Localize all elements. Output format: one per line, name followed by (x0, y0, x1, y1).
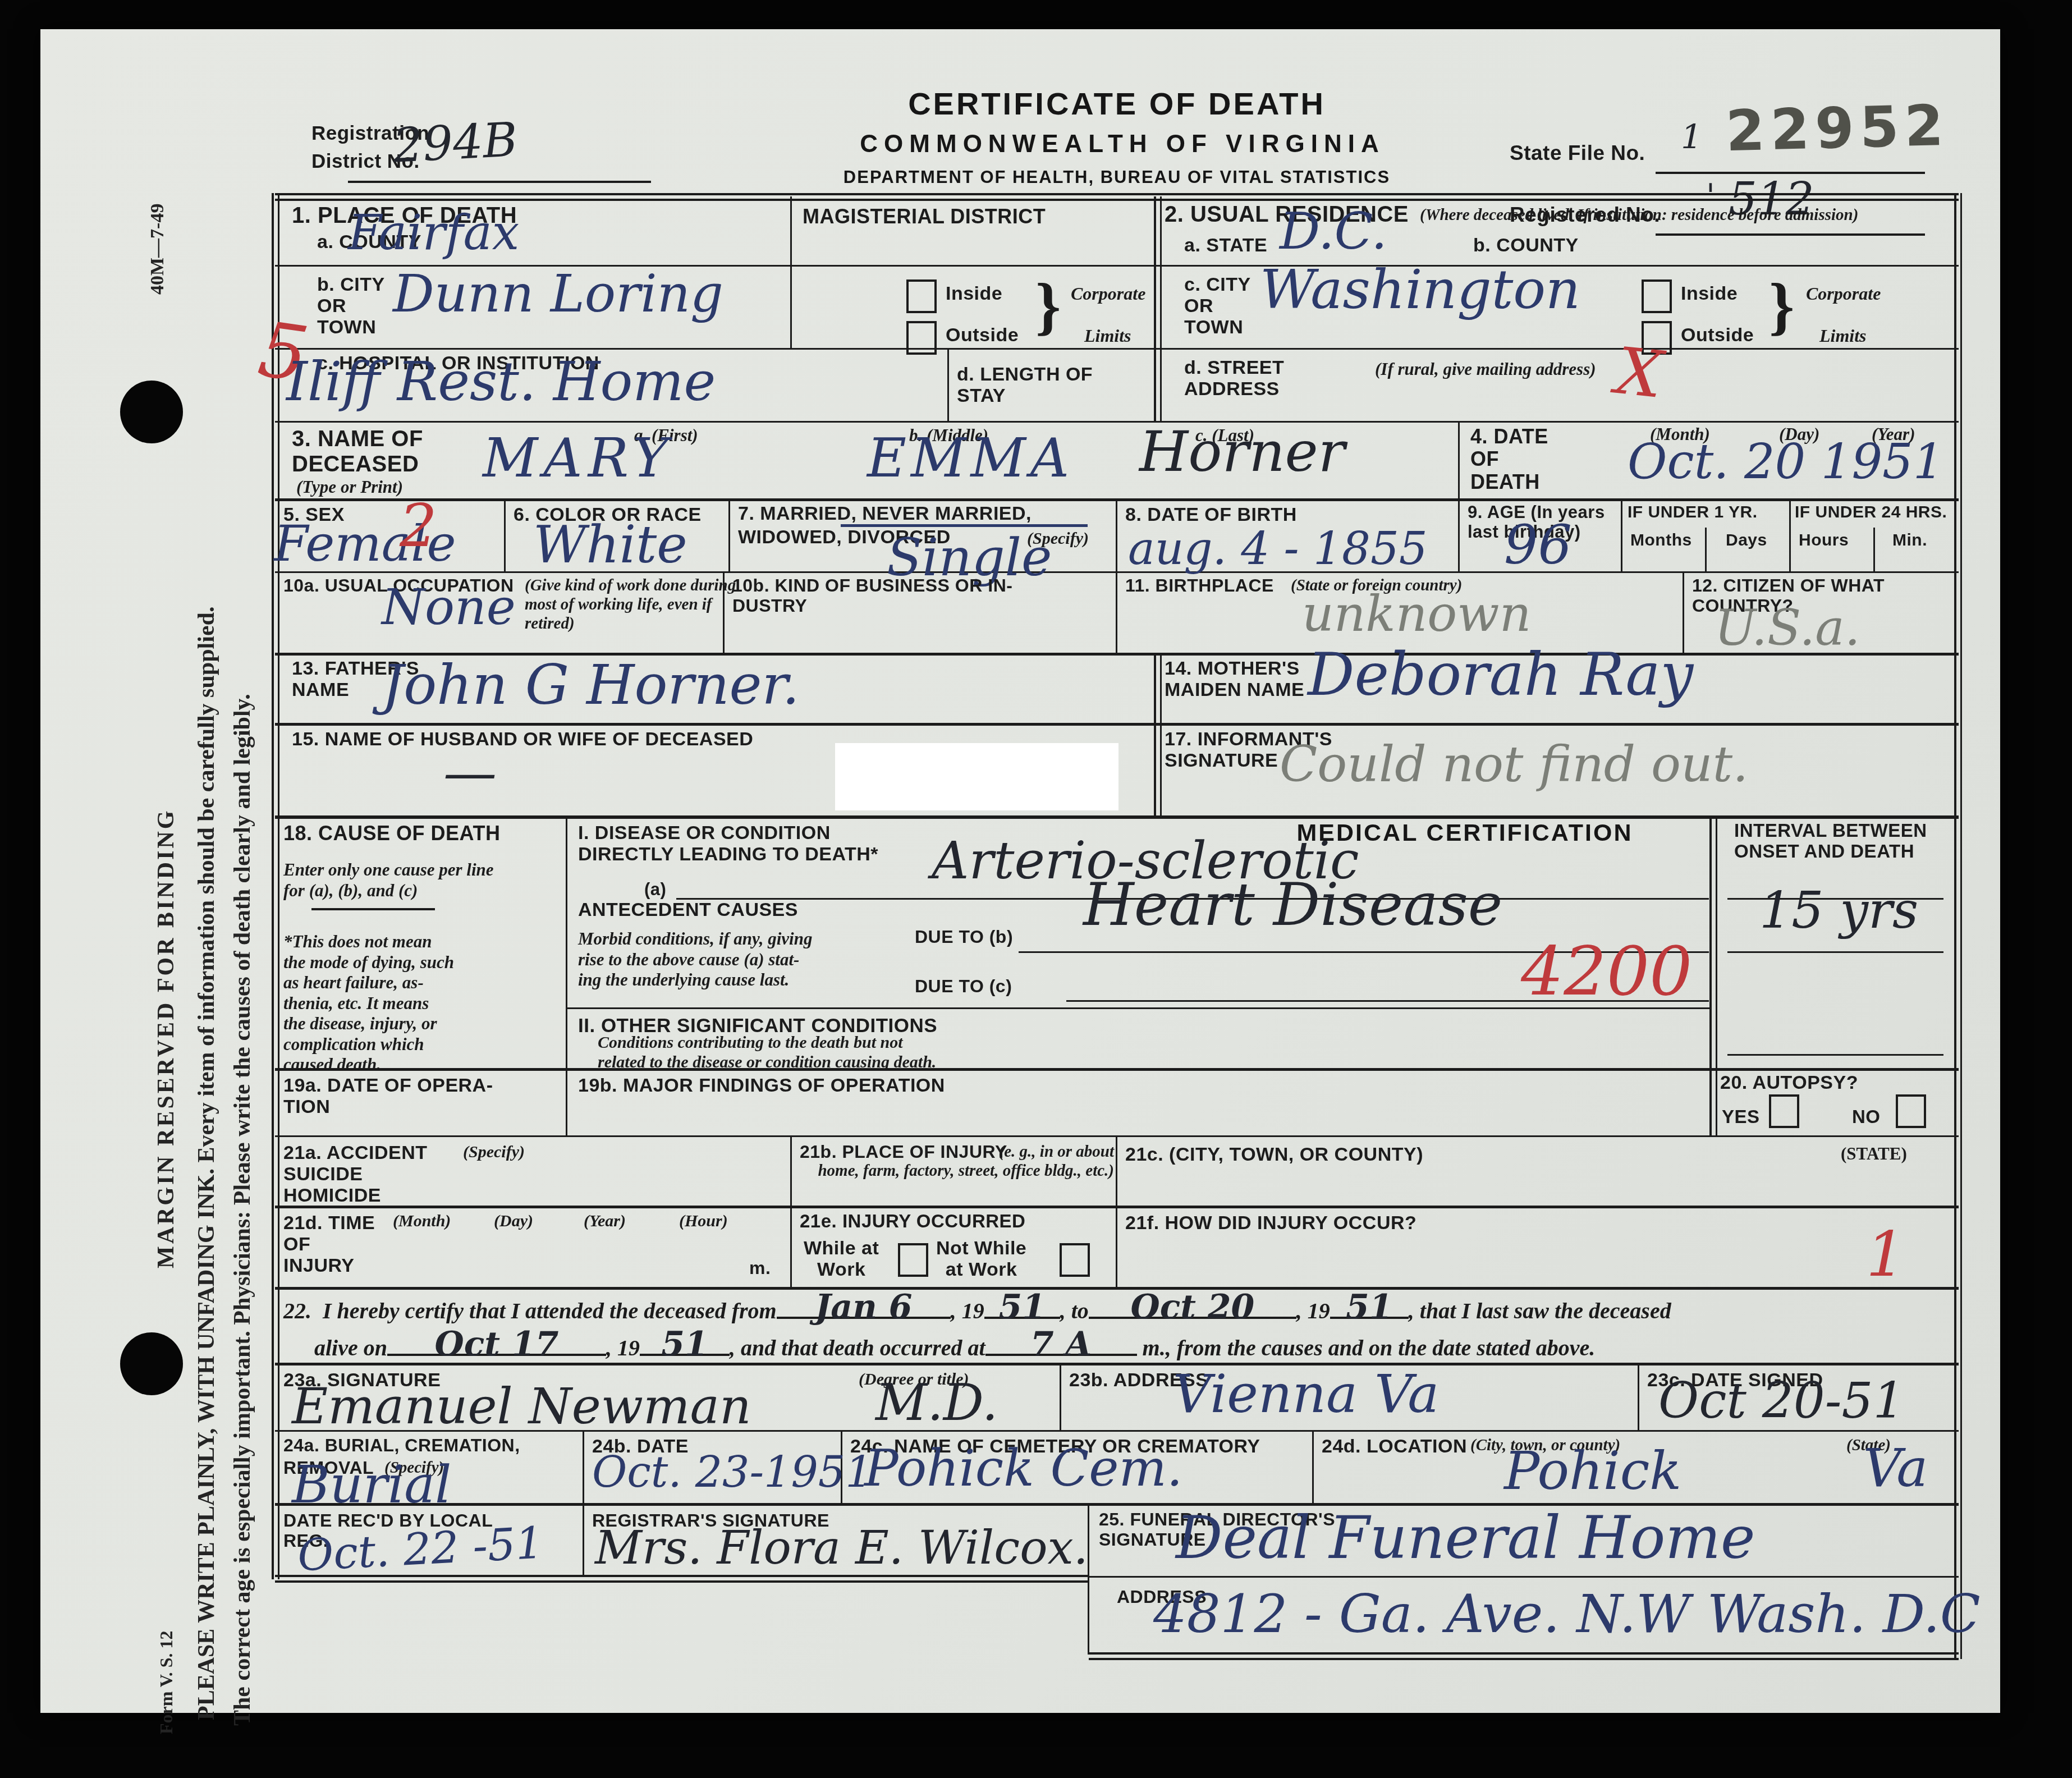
injury-city-label: 21c. (CITY, TOWN, OR COUNTY) (1125, 1144, 1423, 1165)
handwritten-race: White (533, 519, 687, 571)
certify-text-1: I hereby certify that I attended the dec… (311, 1298, 777, 1324)
divider (1709, 815, 1717, 1135)
due-to-c-label: DUE TO (c) (915, 977, 1012, 997)
injury-hour-label: (Hour) (679, 1211, 728, 1231)
form-right-border (1954, 193, 1962, 1659)
how-injury-occurred-label: 21f. HOW DID INJURY OCCUR? (1125, 1212, 1417, 1234)
handwritten-funeral-director: Deal Funeral Home (1176, 1509, 1755, 1567)
days-label: Days (1726, 531, 1767, 550)
divider (275, 723, 1959, 726)
divider (1638, 1363, 1639, 1430)
red-code-1: 1 (1866, 1223, 1905, 1285)
cause-note-rule (311, 908, 435, 910)
residence-county-label: b. COUNTY (1473, 235, 1579, 256)
divider (583, 1430, 584, 1503)
autopsy-label: 20. AUTOPSY? (1720, 1072, 1858, 1093)
handwritten-county: Fairfax (348, 209, 519, 257)
handwritten-year-3: 51 (640, 1335, 730, 1356)
not-while-at-work-label: Not While at Work (936, 1238, 1026, 1280)
street-address-label: d. STREET ADDRESS (1184, 357, 1284, 400)
handwritten-death-hour: 7 A (985, 1335, 1137, 1356)
under-24hrs-label: IF UNDER 24 HRS. (1795, 503, 1947, 522)
handwritten-citizen: U.S.a. (1715, 603, 1860, 653)
handwritten-year-2: 51 (1330, 1298, 1409, 1319)
state-file-label: State File No. (1510, 141, 1645, 164)
location-label: 24d. LOCATION (1322, 1436, 1467, 1457)
redaction-box (835, 743, 1118, 810)
handwritten-funeral-address: 4812 - Ga. Ave. N.W Wash. D.C (1153, 1588, 1981, 1641)
handwritten-age: 96 (1504, 519, 1572, 572)
registered-no-underline (1656, 233, 1925, 236)
divider (790, 196, 792, 348)
burial-label-1: 24a. BURIAL, CREMATION, (283, 1436, 520, 1456)
handwritten-interval: 15 yrs (1759, 886, 1918, 936)
pen-underline (841, 524, 1088, 527)
divider (1312, 1430, 1314, 1503)
divider (275, 421, 1959, 423)
divider (275, 815, 1959, 819)
handwritten-first-name: MARY (483, 431, 673, 485)
date-of-operation-label: 19a. DATE OF OPERA- TION (283, 1075, 493, 1117)
divider (1116, 498, 1117, 571)
autopsy-yes-checkbox (1769, 1094, 1799, 1128)
handwritten-occupation: None (382, 583, 516, 632)
handwritten-district-no: 294B (392, 116, 519, 169)
certify-text-5: , that I last saw the deceased (1409, 1298, 1671, 1324)
length-of-stay-label: d. LENGTH OF STAY (957, 364, 1093, 406)
margin-instruction-1: PLEASE WRITE PLAINLY, WITH UNFADING INK.… (193, 311, 220, 1720)
disease-condition-label: I. DISEASE OR CONDITION DIRECTLY LEADING… (578, 822, 878, 865)
min-label: Min. (1892, 531, 1927, 550)
business-label: 10b. KIND OF BUSINESS OR IN- DUSTRY (732, 576, 1012, 616)
major-findings-label: 19b. MAJOR FINDINGS OF OPERATION (578, 1075, 945, 1096)
corporate-label: Corporate (1071, 283, 1145, 305)
magisterial-district-label: MAGISTERIAL DISTRICT (803, 205, 1046, 228)
certify-text-4: , 19 (1296, 1298, 1330, 1324)
handwritten-date-received: Oct. 22 -51 (296, 1522, 544, 1578)
outside-label: Outside (946, 324, 1019, 346)
time-of-injury-label: 21d. TIME OF INJURY (283, 1212, 375, 1276)
residence-city-label: c. CITY OR TOWN (1184, 274, 1251, 338)
cause-of-death-label: 18. CAUSE OF DEATH (283, 822, 500, 845)
divider (566, 815, 567, 1135)
district-no-underline (348, 181, 651, 183)
usual-residence-note: (Where deceased lived. If institution: r… (1420, 205, 1953, 224)
handwritten-last-name: Horner (1139, 424, 1345, 480)
certify-no: 22. (283, 1298, 311, 1324)
place-of-injury-note: (e. g., in or about home, farm, factory,… (800, 1142, 1114, 1180)
inside-checkbox (906, 279, 937, 313)
cause-a-label: (a) (644, 880, 666, 900)
certify-text-2: , 19 (951, 1298, 984, 1324)
city-town-label: b. CITY OR TOWN (317, 274, 385, 338)
divider (1873, 528, 1875, 571)
occupation-note: (Give kind of work done during most of w… (525, 576, 760, 634)
medical-certification-heading: MEDICAL CERTIFICATION (1235, 819, 1695, 847)
state-file-stray-mark: 1 (1681, 121, 1702, 154)
inside-label: Inside (1681, 283, 1738, 304)
injury-year-label: (Year) (584, 1211, 626, 1231)
divider (1154, 196, 1162, 421)
outside-label: Outside (1681, 324, 1754, 346)
handwritten-attended-to: Oct 20 (1089, 1298, 1296, 1319)
red-x-mark: X (1613, 339, 1665, 408)
injury-month-label: (Month) (393, 1211, 451, 1231)
mother-name-label: 14. MOTHER'S MAIDEN NAME (1165, 658, 1304, 700)
interval-line-3 (1727, 1054, 1943, 1056)
certify-line-2: alive on Oct 17 , 19 51 , and that death… (314, 1335, 1595, 1361)
red-code-2: 2 (400, 497, 437, 556)
punch-hole (120, 381, 183, 443)
hours-label: Hours (1799, 531, 1849, 550)
limits-label: Limits (1084, 326, 1131, 347)
certify-line-1: 22. I hereby certify that I attended the… (283, 1298, 1671, 1324)
divider (583, 1503, 584, 1576)
divider (1116, 571, 1117, 653)
handwritten-physician-signature: Emanuel Newman (292, 1382, 751, 1431)
injury-m-label: m. (749, 1258, 771, 1278)
accident-specify-note: (Specify) (463, 1142, 525, 1162)
autopsy-no-label: NO (1852, 1107, 1881, 1128)
divider (275, 1287, 1959, 1290)
interval-line-2 (1727, 951, 1943, 953)
divider (1116, 1135, 1117, 1287)
divider (728, 498, 730, 571)
brace: } (1769, 268, 1794, 345)
divider (1458, 498, 1460, 571)
margin-binding-note: MARGIN RESERVED FOR BINDING (153, 606, 180, 1268)
handwritten-date-of-birth: aug. 4 - 1855 (1128, 526, 1428, 571)
handwritten-alive-on: Oct 17 (387, 1335, 606, 1356)
limits-label: Limits (1819, 326, 1867, 347)
handwritten-father-name: John G Horner. (382, 658, 800, 713)
type-or-print-note: (Type or Print) (296, 477, 403, 498)
handwritten-location-state: Va (1863, 1442, 1928, 1495)
address-row-divider (1089, 1576, 1959, 1578)
state-file-stamp: 22952 (1725, 93, 1950, 164)
handwritten-registrar-signature: Mrs. Flora E. Wilcox. (595, 1525, 1088, 1571)
handwritten-birthplace: unknown (1302, 589, 1531, 639)
divider (1154, 653, 1162, 815)
handwritten-city-town: Dunn Loring (393, 268, 723, 320)
brace: } (1035, 268, 1061, 345)
not-while-at-work-checkbox (1060, 1243, 1090, 1277)
divider (947, 348, 949, 421)
certify-text-8: , and that death occurred at (730, 1335, 985, 1361)
handwritten-cause-b: Heart Disease (1083, 876, 1502, 934)
autopsy-yes-label: YES (1722, 1107, 1760, 1128)
handwritten-year-1: 51 (984, 1298, 1060, 1319)
inside-checkbox (1642, 279, 1672, 313)
handwritten-cemetery: Pohick Cem. (864, 1444, 1182, 1494)
cause-note-1: Enter only one cause per line for (a), (… (283, 860, 547, 901)
corporate-label: Corporate (1806, 283, 1881, 305)
divider (1789, 498, 1791, 571)
date-of-death-label: 4. DATE OF DEATH (1470, 425, 1548, 493)
divider (566, 1007, 1711, 1009)
antecedent-causes-label: ANTECEDENT CAUSES (578, 899, 798, 920)
injury-occurred-label: 21e. INJURY OCCURRED (800, 1211, 1025, 1232)
handwritten-date-of-death: Oct. 20 1951 (1628, 438, 1944, 486)
months-label: Months (1630, 531, 1692, 550)
divider (1060, 1363, 1061, 1430)
accident-suicide-label: 21a. ACCIDENT SUICIDE HOMICIDE (283, 1142, 428, 1206)
certify-text-6: alive on (314, 1335, 387, 1361)
due-to-b-label: DUE TO (b) (915, 927, 1013, 947)
handwritten-burial: Burial (292, 1459, 452, 1511)
residence-state-label: a. STATE (1184, 235, 1267, 256)
other-conditions-note: Conditions contributing to the death but… (598, 1033, 936, 1073)
cause-note-2: *This does not mean the mode of dying, s… (283, 932, 553, 1075)
interval-label: INTERVAL BETWEEN ONSET AND DEATH (1734, 821, 1927, 862)
while-at-work-checkbox (898, 1243, 928, 1277)
injury-state-label: (STATE) (1841, 1144, 1907, 1165)
handwritten-physician-address: Vienna Va (1173, 1368, 1439, 1421)
handwritten-attended-from: Jan 6 (777, 1298, 951, 1319)
handwritten-informant: Could not find out. (1280, 740, 1748, 789)
street-address-note: (If rural, give mailing address) (1375, 359, 1596, 380)
margin-form-number: Form V. S. 12 (156, 1600, 177, 1734)
handwritten-date-signed: Oct 20-51 (1658, 1376, 1904, 1426)
injury-day-label: (Day) (494, 1211, 533, 1231)
inside-label: Inside (946, 283, 1002, 304)
outside-checkbox (906, 321, 937, 355)
scanned-death-certificate: 40M—7-49 MARGIN RESERVED FOR BINDING For… (0, 0, 2072, 1778)
handwritten-location: Pohick (1504, 1445, 1681, 1498)
autopsy-no-checkbox (1896, 1094, 1926, 1128)
divider (790, 1135, 792, 1287)
divider (1621, 498, 1622, 571)
punch-hole (120, 1332, 183, 1395)
handwritten-burial-date: Oct. 23-1951 (592, 1451, 873, 1493)
divider (275, 348, 1959, 350)
birthplace-label: 11. BIRTHPLACE (1125, 576, 1274, 596)
handwritten-residence-city: Washington (1260, 263, 1580, 317)
certify-text-3: , to (1060, 1298, 1089, 1324)
form-left-border (272, 193, 279, 1579)
under-1yr-label: IF UNDER 1 YR. (1628, 503, 1758, 522)
divider (504, 498, 506, 571)
handwritten-spouse-dash: — (443, 746, 497, 800)
margin-instruction-2: The correct age is especially important.… (229, 362, 256, 1726)
handwritten-residence-state: D.C. (1280, 207, 1387, 257)
morbid-note: Morbid conditions, if any, giving rise t… (578, 929, 904, 991)
spouse-label: 15. NAME OF HUSBAND OR WIFE OF DECEASED (292, 728, 753, 750)
certify-text-7: , 19 (606, 1335, 640, 1361)
certificate-title: CERTIFICATE OF DEATH (898, 85, 1336, 122)
handwritten-mother-name: Deborah Ray (1308, 645, 1693, 704)
handwritten-degree: M.D. (875, 1378, 998, 1428)
commonwealth-subtitle: COMMONWEALTH OF VIRGINIA (859, 130, 1386, 158)
form-bottom-border-right (1089, 1652, 1959, 1660)
divider (1705, 528, 1707, 571)
marital-label-1: 7. MARRIED, NEVER MARRIED, (738, 503, 1032, 524)
name-of-deceased-label: 3. NAME OF DECEASED (292, 427, 423, 477)
handwritten-hospital: Iliff Rest. Home (286, 355, 716, 409)
form-top-border (275, 193, 1959, 201)
while-at-work-label: While at Work (804, 1238, 879, 1280)
handwritten-middle-name: EMMA (867, 431, 1074, 485)
divider (1458, 421, 1460, 498)
red-code-4200: 4200 (1521, 938, 1692, 1006)
margin-print-code: 40M—7-49 (147, 115, 168, 295)
department-line: DEPARTMENT OF HEALTH, BUREAU OF VITAL ST… (825, 167, 1409, 187)
certify-text-9: m., from the causes and on the date stat… (1137, 1335, 1596, 1361)
